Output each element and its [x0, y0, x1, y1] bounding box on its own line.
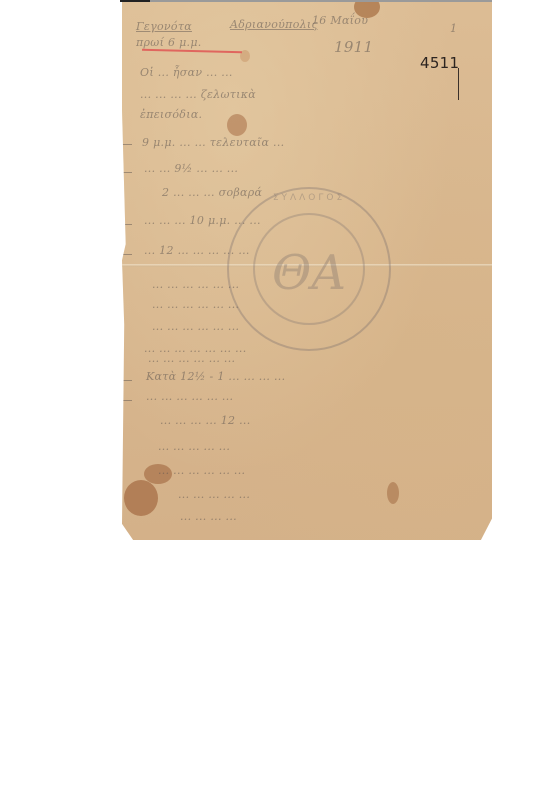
text-line: ... ... ... ... ζελωτικὰ — [140, 88, 256, 101]
dash-mark — [122, 144, 132, 145]
year: 1911 — [334, 38, 373, 56]
text-line: ... ... ... ... ... — [158, 440, 230, 453]
archive-number: 4511 — [420, 54, 459, 72]
archive-number-stroke — [458, 68, 459, 100]
red-pencil-underline — [142, 49, 242, 54]
text-line: Κατὰ 12½ - 1 ... ... ... ... — [146, 370, 285, 383]
dash-mark — [122, 400, 132, 401]
manuscript-page: Γεγονότα πρωί 6 μ.μ. Αδριανούπολις 16 Μα… — [122, 2, 492, 540]
left-heading: Γεγονότα — [136, 20, 192, 33]
stain-upper — [227, 114, 247, 136]
dash-mark — [122, 380, 132, 381]
text-line: ... ... ... ... ... ... — [158, 464, 245, 477]
seal-ring-text: ΣΥΛΛΟΓΟΣ — [229, 193, 389, 203]
date: 16 Μαΐου — [312, 14, 368, 27]
page-number-mark: 1 — [450, 22, 457, 35]
text-line: ἐπεισόδια. — [140, 108, 202, 121]
text-line: ... ... ... ... ... ... — [152, 298, 239, 311]
text-line: ... ... ... ... ... — [178, 488, 250, 501]
text-line: ... ... ... ... ... ... — [152, 320, 239, 333]
text-line: 9 μ.μ. ... ... τελευταῖα ... — [142, 136, 284, 149]
text-line: ... ... ... ... — [180, 510, 237, 523]
dash-mark — [122, 172, 132, 173]
stain-bottom-left — [124, 480, 158, 516]
circular-seal-stamp: ΣΥΛΛΟΓΟΣ ΘΑ — [227, 187, 391, 351]
center-heading: Αδριανούπολις — [230, 18, 318, 31]
stain-bottom-right — [387, 482, 399, 504]
seal-inner-ring: ΘΑ — [253, 213, 365, 325]
text-line: ... ... 9½ ... ... ... — [144, 162, 238, 175]
text-line: ... ... ... ... ... ... — [148, 352, 235, 365]
dash-mark — [122, 224, 132, 225]
text-line: ... ... ... ... 12 ... — [160, 414, 251, 427]
text-line: ... ... ... ... ... ... — [152, 278, 239, 291]
scan-edge — [120, 0, 492, 2]
dash-mark — [122, 254, 132, 255]
text-line: Οἱ ... ἦσαν ... ... — [140, 66, 233, 79]
left-subheading: πρωί 6 μ.μ. — [136, 36, 202, 49]
seal-monogram: ΘΑ — [255, 245, 363, 301]
text-line: ... ... ... ... ... ... — [146, 390, 233, 403]
